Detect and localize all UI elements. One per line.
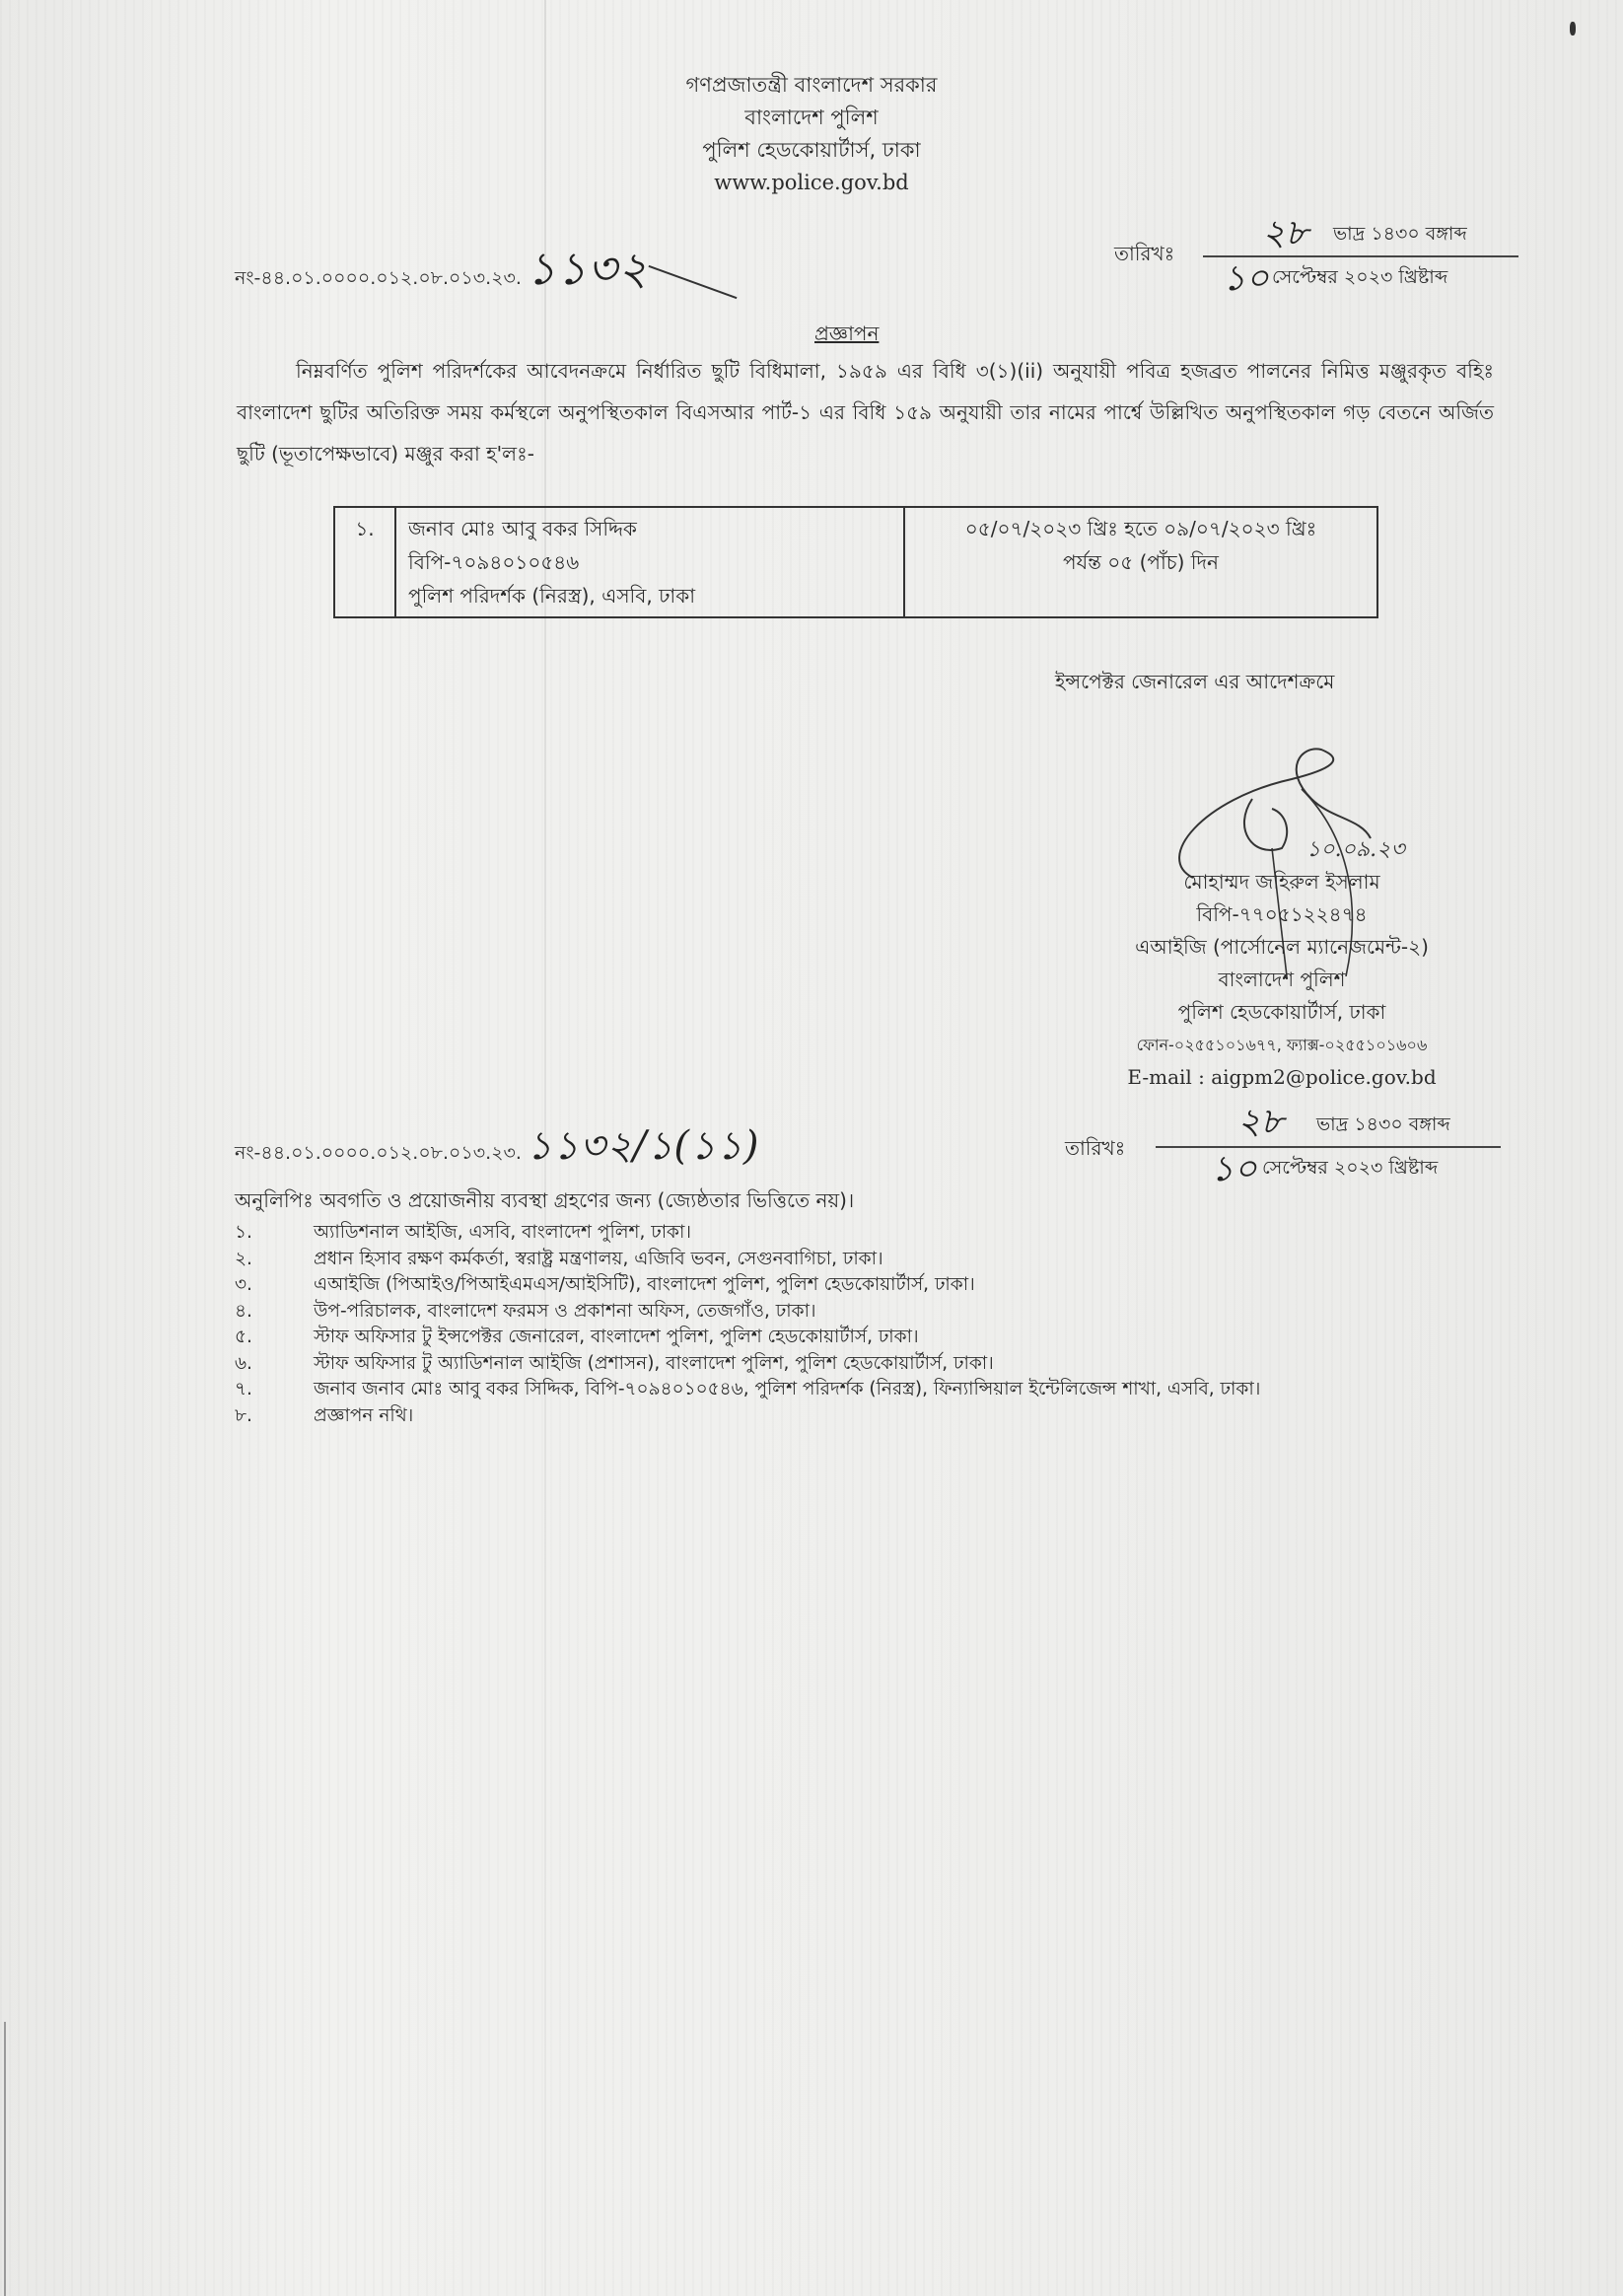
list-item-number: ১. — [235, 1220, 314, 1247]
copy-memo-date: তারিখঃ ২৮ ভাদ্র ১৪৩০ বঙ্গাব্দ ১০ সেপ্টেম… — [1065, 1103, 1509, 1191]
list-item-text: স্টাফ অফিসার টু অ্যাডিশনাল আইজি (প্রশাসন… — [314, 1353, 994, 1374]
copy-memo-number: নং-৪৪.০১.০০০০.০১২.০৮.০১৩.২৩. ১১৩২/১(১১) — [235, 1114, 759, 1181]
list-item-text: অ্যাডিশনাল আইজি, এসবি, বাংলাদেশ পুলিশ, ঢ… — [314, 1222, 691, 1243]
signatory-contact: ফোন-০২৫৫১০১৬৭৭, ফ্যাক্স-০২৫৫১০১৬০৬ — [1035, 1029, 1528, 1061]
copy-memo-number-handwritten: ১১৩২/১(১১) — [527, 1123, 759, 1169]
letterhead-government: গণপ্রজাতন্ত্রী বাংলাদেশ সরকার — [614, 69, 1009, 102]
memo-number-handwritten: ১১৩২ — [527, 242, 649, 295]
signatory-email[interactable]: E-mail : aigpm2@police.gov.bd — [1035, 1061, 1528, 1094]
list-item-text: স্টাফ অফিসার টু ইন্সপেক্টর জেনারেল, বাংল… — [314, 1327, 919, 1347]
date-divider — [1156, 1146, 1501, 1148]
list-item: ৭.জনাব জনাব মোঃ আবু বকর সিদ্দিক, বিপি-৭০… — [235, 1377, 1260, 1403]
list-item: ১.অ্যাডিশনাল আইজি, এসবি, বাংলাদেশ পুলিশ,… — [235, 1220, 1260, 1247]
signatory-name: মোহাম্মদ জহিরুল ইসলাম — [1035, 866, 1528, 898]
signatory-office: পুলিশ হেডকোয়ার্টার্স, ঢাকা — [1035, 996, 1528, 1029]
memo-number: নং-৪৪.০১.০০০০.০১২.০৮.০১৩.২৩. ১১৩২ — [235, 235, 649, 310]
list-item: ৪.উপ-পরিচালক, বাংলাদেশ ফরমস ও প্রকাশনা অ… — [235, 1299, 1260, 1326]
date-greg-day: ১০ — [1211, 1142, 1257, 1201]
date-gregorian: সেপ্টেম্বর ২০২৩ খ্রিষ্টাব্দ — [1262, 1154, 1438, 1185]
officer-designation: পুলিশ পরিদর্শক (নিরস্ত্র), এসবি, ঢাকা — [408, 579, 891, 612]
leave-period-cell: ০৫/০৭/২০২৩ খ্রিঃ হতে ০৯/০৭/২০২৩ খ্রিঃ পর… — [904, 507, 1377, 617]
notice-title: প্রজ্ঞাপন — [814, 320, 879, 352]
list-item-number: ৮. — [235, 1403, 314, 1430]
date-gregorian: সেপ্টেম্বর ২০২৩ খ্রিষ্টাব্দ — [1272, 263, 1447, 295]
copy-memo-number-prefix: নং-৪৪.০১.০০০০.০১২.০৮.০১৩.২৩. — [235, 1142, 522, 1164]
list-item: ৫.স্টাফ অফিসার টু ইন্সপেক্টর জেনারেল, বা… — [235, 1325, 1260, 1351]
list-item-number: ৫. — [235, 1325, 314, 1351]
letterhead-website: www.police.gov.bd — [614, 167, 1009, 199]
copy-list: ১.অ্যাডিশনাল আইজি, এসবি, বাংলাদেশ পুলিশ,… — [235, 1220, 1260, 1429]
list-item-number: ৩. — [235, 1272, 314, 1299]
leave-grant-table: ১. জনাব মোঃ আবু বকর সিদ্দিক বিপি-৭০৯৪০১০… — [333, 506, 1378, 618]
list-item: ৮.প্রজ্ঞাপন নথি। — [235, 1403, 1260, 1430]
date-bangla: ভাদ্র ১৪৩০ বঙ্গাব্দ — [1316, 1111, 1450, 1142]
scan-edge-line — [4, 2022, 6, 2296]
notice-body: নিম্নবর্ণিত পুলিশ পরিদর্শকের আবেদনক্রমে … — [237, 350, 1494, 474]
leave-period-duration: পর্যন্ত ০৫ (পাঁচ) দিন — [917, 545, 1365, 579]
date-label: তারিখঃ — [1065, 1134, 1125, 1167]
list-item-number: ২. — [235, 1247, 314, 1273]
date-bangla: ভাদ্র ১৪৩০ বঙ্গাব্দ — [1333, 220, 1467, 251]
list-item-number: ৭. — [235, 1377, 314, 1403]
list-item-text: প্রধান হিসাব রক্ষণ কর্মকর্তা, স্বরাষ্ট্র… — [314, 1249, 883, 1269]
letterhead: গণপ্রজাতন্ত্রী বাংলাদেশ সরকার বাংলাদেশ প… — [614, 69, 1009, 199]
table-row: ১. জনাব মোঃ আবু বকর সিদ্দিক বিপি-৭০৯৪০১০… — [334, 507, 1377, 617]
memo-number-prefix: নং-৪৪.০১.০০০০.০১২.০৮.০১৩.২৩. — [235, 267, 522, 289]
list-item: ৩.এআইজি (পিআইও/পিআইএমএস/আইসিটি), বাংলাদে… — [235, 1272, 1260, 1299]
list-item-text: উপ-পরিচালক, বাংলাদেশ ফরমস ও প্রকাশনা অফি… — [314, 1301, 816, 1322]
memo-date: তারিখঃ ২৮ ভাদ্র ১৪৩০ বঙ্গাব্দ ১০ সেপ্টেম… — [1114, 212, 1528, 301]
officer-bp-no: বিপি-৭০৯৪০১০৫৪৬ — [408, 545, 891, 579]
list-item-text: প্রজ্ঞাপন নথি। — [314, 1405, 413, 1426]
handwritten-stroke — [649, 265, 738, 299]
signatory-bp-no: বিপি-৭৭০৫১২২৪৭৪ — [1035, 898, 1528, 931]
signature-date: ১০.০৯.২৩ — [1306, 837, 1406, 862]
scan-speck — [1570, 22, 1576, 36]
officer-cell: জনাব মোঃ আবু বকর সিদ্দিক বিপি-৭০৯৪০১০৫৪৬… — [395, 507, 904, 617]
letterhead-hq: পুলিশ হেডকোয়ার্টার্স, ঢাকা — [614, 134, 1009, 167]
date-greg-day: ১০ — [1223, 251, 1269, 311]
officer-name: জনাব মোঃ আবু বকর সিদ্দিক — [408, 512, 891, 545]
signatory-designation: এআইজি (পার্সোনেল ম্যানেজমেন্ট-২) — [1035, 931, 1528, 964]
order-line: ইন্সপেক্টর জেনারেল এর আদেশক্রমে — [1055, 668, 1334, 700]
list-item-number: ৪. — [235, 1299, 314, 1326]
letterhead-police: বাংলাদেশ পুলিশ — [614, 102, 1009, 134]
list-item: ২.প্রধান হিসাব রক্ষণ কর্মকর্তা, স্বরাষ্ট… — [235, 1247, 1260, 1273]
list-item-text: জনাব জনাব মোঃ আবু বকর সিদ্দিক, বিপি-৭০৯৪… — [314, 1379, 1260, 1399]
list-item-number: ৬. — [235, 1351, 314, 1378]
serial-cell: ১. — [334, 507, 395, 617]
list-item: ৬.স্টাফ অফিসার টু অ্যাডিশনাল আইজি (প্রশা… — [235, 1351, 1260, 1378]
date-label: তারিখঃ — [1114, 240, 1174, 272]
signature-block: মোহাম্মদ জহিরুল ইসলাম বিপি-৭৭০৫১২২৪৭৪ এআ… — [1035, 866, 1528, 1094]
list-item-text: এআইজি (পিআইও/পিআইএমএস/আইসিটি), বাংলাদেশ … — [314, 1274, 975, 1295]
copy-list-heading: অনুলিপিঃ অবগতি ও প্রয়োজনীয় ব্যবস্থা গ্… — [235, 1186, 854, 1219]
leave-period-range: ০৫/০৭/২০২৩ খ্রিঃ হতে ০৯/০৭/২০২৩ খ্রিঃ — [917, 512, 1365, 545]
signatory-org: বাংলাদেশ পুলিশ — [1035, 964, 1528, 996]
